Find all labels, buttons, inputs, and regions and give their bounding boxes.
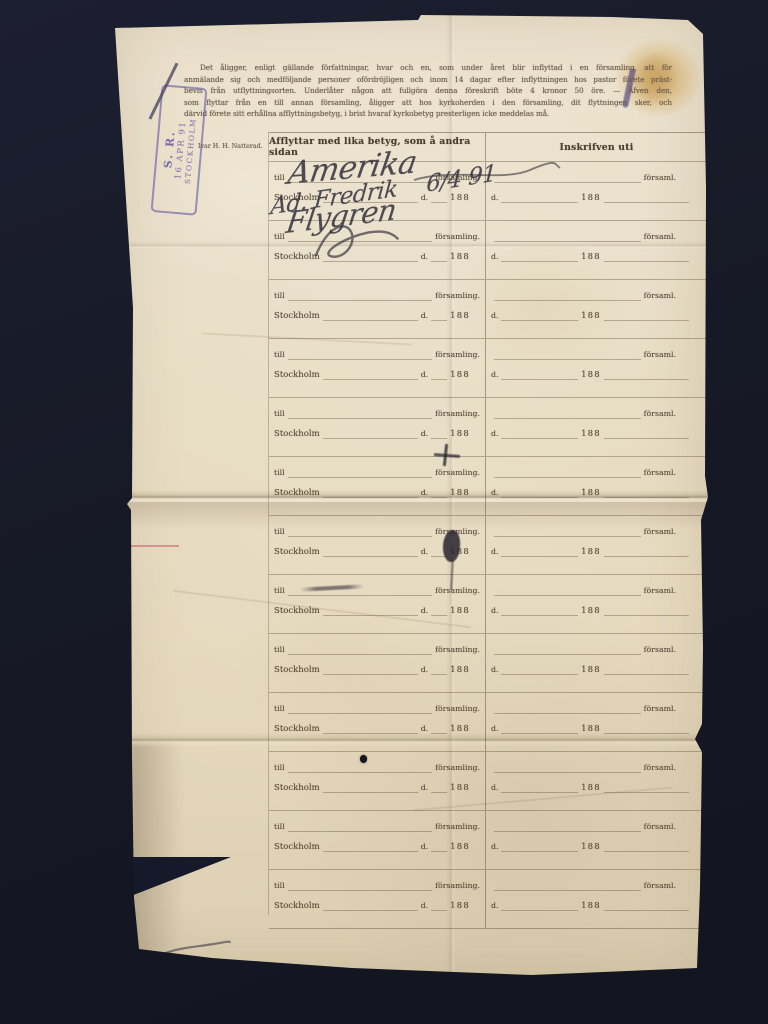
fill-in-line xyxy=(604,665,689,675)
forsaml-label: församl. xyxy=(644,350,676,360)
fill-in-line xyxy=(494,881,641,891)
date-line: d. 188 xyxy=(486,722,707,734)
destination-line: till församling. xyxy=(269,643,485,655)
city-label: Stockholm xyxy=(274,665,320,675)
d-label: d. xyxy=(421,901,428,911)
destination-line: till församling. xyxy=(269,348,485,360)
photo-background: Det åligger, enligt gällande författning… xyxy=(0,0,768,1024)
row-right-cell: församl. d. 188 xyxy=(485,811,707,869)
fill-in-line xyxy=(501,547,578,557)
row-right-cell: församl. d. 188 xyxy=(485,221,707,279)
date-line: Stockholm d. 188 xyxy=(269,840,485,852)
d-label: d. xyxy=(421,429,428,439)
forsaml-label: församl. xyxy=(644,704,676,714)
d-label: d. xyxy=(421,724,428,734)
fill-in-line xyxy=(323,547,418,557)
parish-line: församl. xyxy=(486,407,707,419)
fill-in-line xyxy=(288,409,433,419)
forsamling-label: församling. xyxy=(435,468,480,478)
pencil-scribble xyxy=(117,933,233,969)
fill-in-line xyxy=(288,645,433,655)
destination-line: till församling. xyxy=(269,761,485,773)
parish-line: församl. xyxy=(486,525,707,537)
year-prefix: 188 xyxy=(450,783,470,793)
fill-in-line xyxy=(323,901,418,911)
fill-in-line xyxy=(431,665,447,675)
forsaml-label: församl. xyxy=(644,291,676,301)
fill-in-line xyxy=(501,311,578,321)
till-label: till xyxy=(274,822,285,832)
parish-line: församl. xyxy=(486,230,707,242)
date-line: d. 188 xyxy=(486,604,707,616)
fill-in-line xyxy=(431,252,447,262)
row-right-cell: församl. d. 188 xyxy=(485,280,707,338)
fill-in-line xyxy=(431,901,447,911)
city-label: Stockholm xyxy=(274,724,320,734)
city-label: Stockholm xyxy=(274,311,320,321)
year-prefix: 188 xyxy=(450,724,470,734)
fill-in-line xyxy=(323,311,418,321)
fill-in-line xyxy=(494,350,641,360)
d-label: d. xyxy=(491,193,498,203)
d-label: d. xyxy=(421,665,428,675)
row-right-cell: församl. d. 188 xyxy=(485,752,707,810)
parish-line: församl. xyxy=(486,289,707,301)
fill-in-line xyxy=(323,488,418,498)
forsaml-label: församl. xyxy=(644,232,676,242)
destination-line: till församling. xyxy=(269,289,485,301)
fill-in-line xyxy=(501,252,578,262)
year-prefix: 188 xyxy=(450,429,470,439)
table-row: till församling. Stockholm d. 188 försam… xyxy=(269,633,707,692)
fill-in-line xyxy=(501,193,578,203)
row-left-cell: till församling. Stockholm d. 188 xyxy=(269,457,485,515)
date-line: Stockholm d. 188 xyxy=(269,781,485,793)
destination-line: till församling. xyxy=(269,879,485,891)
forsaml-label: församl. xyxy=(644,409,676,419)
forsamling-label: församling. xyxy=(435,704,480,714)
forsamling-label: församling. xyxy=(435,291,480,301)
till-label: till xyxy=(274,586,285,596)
notice-line: anmälande sig och medföljande personer o… xyxy=(184,74,672,86)
city-label: Stockholm xyxy=(274,370,320,380)
parish-line: församl. xyxy=(486,466,707,478)
table-row: till församling. Stockholm d. 188 försam… xyxy=(269,810,707,869)
date-line: d. 188 xyxy=(486,781,707,793)
year-prefix: 188 xyxy=(581,901,601,911)
year-prefix: 188 xyxy=(450,370,470,380)
d-label: d. xyxy=(491,665,498,675)
destination-line: till församling. xyxy=(269,407,485,419)
till-label: till xyxy=(274,881,285,891)
year-prefix: 188 xyxy=(581,842,601,852)
date-line: d. 188 xyxy=(486,191,707,203)
row-right-cell: församl. d. 188 xyxy=(485,339,707,397)
row-left-cell: till församling. Stockholm d. 188 xyxy=(269,634,485,692)
parish-line: församl. xyxy=(486,879,707,891)
printer-imprint: Ivar H. H. Natterad. xyxy=(198,143,263,150)
table-row: till församling. Stockholm d. 188 försam… xyxy=(269,574,707,633)
date-line: d. 188 xyxy=(486,250,707,262)
fill-in-line xyxy=(604,370,689,380)
table-row: till församling. Stockholm d. 188 försam… xyxy=(269,397,707,456)
fill-in-line xyxy=(494,822,641,832)
till-label: till xyxy=(274,763,285,773)
row-left-cell: till församling. Stockholm d. 188 xyxy=(269,870,485,928)
year-prefix: 188 xyxy=(450,488,470,498)
forsamling-label: församling. xyxy=(435,822,480,832)
d-label: d. xyxy=(421,606,428,616)
year-prefix: 188 xyxy=(450,193,470,203)
fill-in-line xyxy=(323,724,418,734)
year-prefix: 188 xyxy=(581,488,601,498)
destination-line: till församling. xyxy=(269,820,485,832)
row-right-cell: församl. d. 188 xyxy=(485,516,707,574)
row-right-cell: församl. d. 188 xyxy=(485,457,707,515)
fill-in-line xyxy=(431,429,447,439)
date-line: Stockholm d. 188 xyxy=(269,486,485,498)
d-label: d. xyxy=(491,842,498,852)
edge-shadow xyxy=(130,743,182,953)
forsaml-label: församl. xyxy=(644,822,676,832)
fill-in-line xyxy=(501,429,578,439)
row-left-cell: till församling. Stockholm d. 188 xyxy=(269,339,485,397)
fill-in-line xyxy=(323,370,418,380)
table-row: till församling. Stockholm d. 188 försam… xyxy=(269,456,707,515)
fill-in-line xyxy=(604,724,689,734)
forsaml-label: församl. xyxy=(644,468,676,478)
row-left-cell: till församling. Stockholm d. 188 xyxy=(269,398,485,456)
till-label: till xyxy=(274,704,285,714)
till-label: till xyxy=(274,291,285,301)
d-label: d. xyxy=(491,488,498,498)
fill-in-line xyxy=(494,468,641,478)
year-prefix: 188 xyxy=(581,665,601,675)
row-left-cell: till församling. Stockholm d. 188 xyxy=(269,575,485,633)
year-prefix: 188 xyxy=(581,547,601,557)
fill-in-line xyxy=(431,724,447,734)
till-label: till xyxy=(274,409,285,419)
fill-in-line xyxy=(288,881,433,891)
date-line: d. 188 xyxy=(486,486,707,498)
row-left-cell: till församling. Stockholm d. 188 xyxy=(269,811,485,869)
d-label: d. xyxy=(491,370,498,380)
fill-in-line xyxy=(288,468,433,478)
row-right-cell: församl. d. 188 xyxy=(485,693,707,751)
date-line: Stockholm d. 188 xyxy=(269,722,485,734)
forsaml-label: församl. xyxy=(644,527,676,537)
fill-in-line xyxy=(501,665,578,675)
year-prefix: 188 xyxy=(581,429,601,439)
d-label: d. xyxy=(421,370,428,380)
date-line: Stockholm d. 188 xyxy=(269,309,485,321)
till-label: till xyxy=(274,232,285,242)
forsaml-label: församl. xyxy=(644,881,676,891)
d-label: d. xyxy=(421,842,428,852)
d-label: d. xyxy=(421,547,428,557)
parish-line: församl. xyxy=(486,761,707,773)
table-row: till församling. Stockholm d. 188 försam… xyxy=(269,751,707,810)
date-line: Stockholm d. 188 xyxy=(269,663,485,675)
city-label: Stockholm xyxy=(274,429,320,439)
date-line: Stockholm d. 188 xyxy=(269,604,485,616)
fill-in-line xyxy=(288,291,433,301)
date-line: Stockholm d. 188 xyxy=(269,899,485,911)
fill-in-line xyxy=(494,527,641,537)
fill-in-line xyxy=(431,311,447,321)
till-label: till xyxy=(274,468,285,478)
row-right-cell: församl. d. 188 xyxy=(485,634,707,692)
red-crease-mark xyxy=(131,545,179,547)
city-label: Stockholm xyxy=(274,606,320,616)
fill-in-line xyxy=(431,606,447,616)
date-line: d. 188 xyxy=(486,368,707,380)
d-label: d. xyxy=(491,547,498,557)
year-prefix: 188 xyxy=(450,311,470,321)
fill-in-line xyxy=(501,724,578,734)
date-line: d. 188 xyxy=(486,545,707,557)
parish-line: församl. xyxy=(486,584,707,596)
forsamling-label: församling. xyxy=(435,645,480,655)
forsamling-label: församling. xyxy=(435,232,480,242)
destination-line: till församling. xyxy=(269,702,485,714)
year-prefix: 188 xyxy=(581,252,601,262)
fill-in-line xyxy=(494,232,641,242)
date-line: d. 188 xyxy=(486,899,707,911)
row-left-cell: till församling. Stockholm d. 188 xyxy=(269,280,485,338)
year-prefix: 188 xyxy=(450,901,470,911)
forsamling-label: församling. xyxy=(435,586,480,596)
row-left-cell: till församling. Stockholm d. 188 xyxy=(269,752,485,810)
till-label: till xyxy=(274,645,285,655)
forsamling-label: församling. xyxy=(435,350,480,360)
till-label: till xyxy=(274,173,285,183)
city-label: Stockholm xyxy=(274,547,320,557)
till-label: till xyxy=(274,350,285,360)
d-label: d. xyxy=(421,252,428,262)
d-label: d. xyxy=(421,488,428,498)
parish-line: församl. xyxy=(486,348,707,360)
fill-in-line xyxy=(288,527,433,537)
table-rows: till församling. Stockholm d. 188 försam… xyxy=(269,161,707,929)
row-right-cell: församl. d. 188 xyxy=(485,575,707,633)
year-prefix: 188 xyxy=(581,724,601,734)
forsamling-label: församling. xyxy=(435,409,480,419)
table-row: till församling. Stockholm d. 188 försam… xyxy=(269,869,707,928)
fill-in-line xyxy=(431,842,447,852)
d-label: d. xyxy=(491,724,498,734)
notice-paragraph: Det åligger, enligt gällande författning… xyxy=(184,62,672,120)
fill-in-line xyxy=(431,488,447,498)
forsamling-label: församling. xyxy=(435,763,480,773)
fill-in-line xyxy=(604,429,689,439)
parish-line: församl. xyxy=(486,643,707,655)
city-label: Stockholm xyxy=(274,488,320,498)
fill-in-line xyxy=(323,429,418,439)
d-label: d. xyxy=(491,606,498,616)
fill-in-line xyxy=(494,704,641,714)
fill-in-line xyxy=(604,311,689,321)
year-prefix: 188 xyxy=(581,311,601,321)
postal-date-stamp: S. R. 16 APR 91 STOCKHOLM xyxy=(151,84,208,216)
forsaml-label: församl. xyxy=(644,645,676,655)
forsaml-label: församl. xyxy=(644,763,676,773)
till-label: till xyxy=(274,527,285,537)
fill-in-line xyxy=(494,645,641,655)
fill-in-line xyxy=(288,822,433,832)
parish-line: församl. xyxy=(486,820,707,832)
row-right-cell: församl. d. 188 xyxy=(485,398,707,456)
fill-in-line xyxy=(604,193,689,203)
d-label: d. xyxy=(491,429,498,439)
destination-line: till församling. xyxy=(269,466,485,478)
year-prefix: 188 xyxy=(581,606,601,616)
fill-in-line xyxy=(604,842,689,852)
d-label: d. xyxy=(491,901,498,911)
year-prefix: 188 xyxy=(450,665,470,675)
row-right-cell: församl. d. 188 xyxy=(485,870,707,928)
year-prefix: 188 xyxy=(450,842,470,852)
notice-line: därvid förete sitt erhållna afflyttnings… xyxy=(184,108,672,120)
fill-in-line xyxy=(494,763,641,773)
paper-hole xyxy=(360,755,367,763)
document-paper: Det åligger, enligt gällande författning… xyxy=(112,8,710,983)
fill-in-line xyxy=(501,606,578,616)
fill-in-line xyxy=(494,291,641,301)
fill-in-line xyxy=(604,252,689,262)
d-label: d. xyxy=(421,783,428,793)
fill-in-line xyxy=(501,488,578,498)
year-prefix: 188 xyxy=(581,370,601,380)
table-row: till församling. Stockholm d. 188 försam… xyxy=(269,338,707,397)
notice-line: bevis från utflyttningsorten. Underlåter… xyxy=(184,85,672,97)
fill-in-line xyxy=(501,842,578,852)
fill-in-line xyxy=(431,370,447,380)
fill-in-line xyxy=(288,763,433,773)
fill-in-line xyxy=(323,842,418,852)
city-label: Stockholm xyxy=(274,783,320,793)
fill-in-line xyxy=(604,783,689,793)
d-label: d. xyxy=(491,311,498,321)
parish-line: församl. xyxy=(486,702,707,714)
notice-line: som flyttar från en till annan församlin… xyxy=(184,97,672,109)
year-prefix: 188 xyxy=(581,193,601,203)
fill-in-line xyxy=(323,606,418,616)
city-label: Stockholm xyxy=(274,842,320,852)
year-prefix: 188 xyxy=(581,783,601,793)
fill-in-line xyxy=(501,370,578,380)
stamp-text: S. R. 16 APR 91 STOCKHOLM xyxy=(151,84,208,216)
table-row: till församling. Stockholm d. 188 försam… xyxy=(269,515,707,574)
fill-in-line xyxy=(288,704,433,714)
fill-in-line xyxy=(604,901,689,911)
fill-in-line xyxy=(323,783,418,793)
year-prefix: 188 xyxy=(450,606,470,616)
d-label: d. xyxy=(421,311,428,321)
fill-in-line xyxy=(288,350,433,360)
forsaml-label: församl. xyxy=(644,586,676,596)
d-label: d. xyxy=(491,783,498,793)
fill-in-line xyxy=(494,409,641,419)
date-line: d. 188 xyxy=(486,840,707,852)
fill-in-line xyxy=(604,547,689,557)
row-left-cell: till församling. Stockholm d. 188 xyxy=(269,693,485,751)
fill-in-line xyxy=(604,606,689,616)
header-right: Inskrifven uti xyxy=(485,133,707,161)
notice-line: Det åligger, enligt gällande författning… xyxy=(184,62,672,74)
year-prefix: 188 xyxy=(450,252,470,262)
forsaml-label: församl. xyxy=(644,173,676,183)
date-line: Stockholm d. 188 xyxy=(269,427,485,439)
fill-in-line xyxy=(323,665,418,675)
date-line: d. 188 xyxy=(486,309,707,321)
fill-in-line xyxy=(494,586,641,596)
fill-in-line xyxy=(604,488,689,498)
date-line: d. 188 xyxy=(486,663,707,675)
date-line: Stockholm d. 188 xyxy=(269,368,485,380)
table-row: till församling. Stockholm d. 188 försam… xyxy=(269,279,707,338)
fill-in-line xyxy=(501,901,578,911)
city-label: Stockholm xyxy=(274,901,320,911)
fill-in-line xyxy=(431,783,447,793)
fill-in-line xyxy=(501,783,578,793)
date-line: d. 188 xyxy=(486,427,707,439)
forsamling-label: församling. xyxy=(435,881,480,891)
table-row: till församling. Stockholm d. 188 försam… xyxy=(269,692,707,751)
d-label: d. xyxy=(491,252,498,262)
